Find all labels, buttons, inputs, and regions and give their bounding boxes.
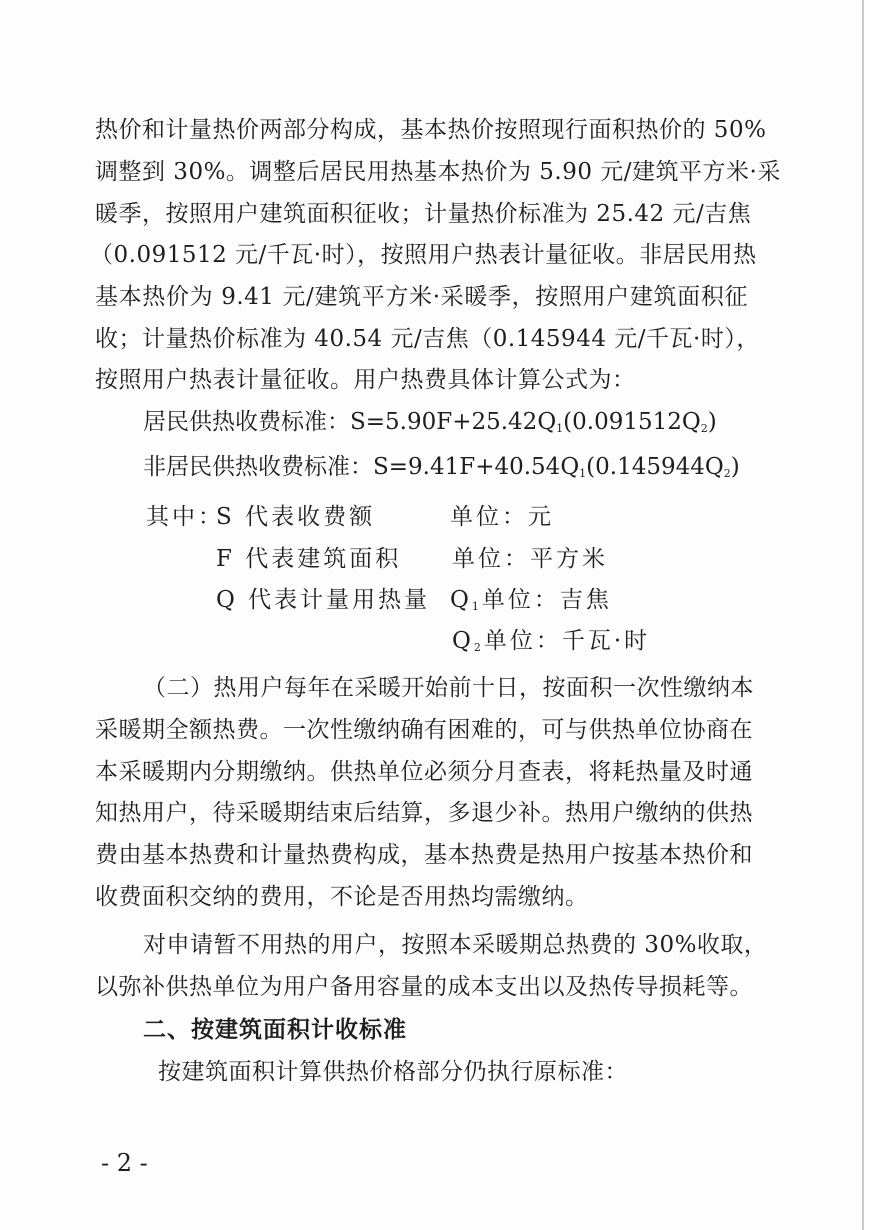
paragraph-line: 对申请暂不用热的用户，按照本采暖期总热费的 30%收取， <box>143 929 748 961</box>
paragraph-line: 收费面积交纳的费用，不论是否用热均需缴纳。 <box>95 881 748 913</box>
formula-expr: S=5.90F+25.42Q <box>350 409 556 435</box>
legend-unit-q1: Q1单位：吉焦 <box>450 584 612 616</box>
q-symbol: Q <box>450 587 472 613</box>
formula-expr: ) <box>731 454 740 480</box>
document-page: 热价和计量热价两部分构成，基本热价按照现行面积热价的 50% 调整到 30%。调… <box>0 0 870 1230</box>
formula-expr: S=9.41F+40.54Q <box>373 454 579 480</box>
paragraph-line: 调整到 30%。调整后居民用热基本热价为 5.90 元/建筑平方米·采 <box>95 156 748 188</box>
legend-unit: 单位：元 <box>450 501 554 533</box>
legend-symbol: F 代表建筑面积 <box>216 543 401 575</box>
subscript: 2 <box>724 467 731 480</box>
formula-expr: (0.091512Q <box>563 409 701 435</box>
paragraph-line: 知热用户，待采暖期结束后结算，多退少补。热用户缴纳的供热 <box>95 797 748 829</box>
legend-symbol: S 代表收费额 <box>216 501 375 533</box>
formula-expr: (0.145944Q <box>586 454 724 480</box>
section-heading: 二、按建筑面积计收标准 <box>143 1014 407 1046</box>
legend-prefix: 其中： <box>146 501 224 533</box>
paragraph-line: 采暖期全额热费。一次性缴纳确有困难的，可与供热单位协商在 <box>95 714 748 746</box>
legend-unit: 单位：吉焦 <box>482 587 612 613</box>
scan-edge-line <box>862 0 864 1230</box>
q-symbol: Q <box>452 628 474 654</box>
subscript: 2 <box>701 422 708 435</box>
formula-non-residential: 非居民供热收费标准：S=9.41F+40.54Q1(0.145944Q2) <box>143 451 740 483</box>
legend-symbol: Q 代表计量用热量 <box>216 584 430 616</box>
legend-unit: 单位：千瓦·时 <box>484 628 650 654</box>
formula-expr: ) <box>708 409 717 435</box>
subscript: 2 <box>474 641 484 654</box>
paragraph-line: （二）热用户每年在采暖开始前十日，按面积一次性缴纳本 <box>143 672 748 704</box>
paragraph-line: 以弥补供热单位为用户备用容量的成本支出以及热传导损耗等。 <box>95 971 753 1003</box>
subscript: 1 <box>472 600 482 613</box>
formula-label: 非居民供热收费标准： <box>143 454 373 480</box>
paragraph-line: 热价和计量热价两部分构成，基本热价按照现行面积热价的 50% <box>95 114 748 146</box>
legend-unit: 单位：平方米 <box>452 543 608 575</box>
paragraph-line: 基本热价为 9.41 元/建筑平方米·采暖季，按照用户建筑面积征 <box>95 281 748 313</box>
paragraph-line: 本采暖期内分期缴纳。供热单位必须分月查表，将耗热量及时通 <box>95 756 748 788</box>
paragraph-line: 收；计量热价标准为 40.54 元/吉焦（0.145944 元/千瓦·时）， <box>95 323 748 355</box>
paragraph-line: 按照用户热表计量征收。用户热费具体计算公式为： <box>95 364 748 396</box>
paragraph-line: 暖季，按照用户建筑面积征收；计量热价标准为 25.42 元/吉焦 <box>95 198 748 230</box>
formula-residential: 居民供热收费标准：S=5.90F+25.42Q1(0.091512Q2) <box>143 406 717 438</box>
paragraph-line: （0.091512 元/千瓦·时），按照用户热表计量征收。非居民用热 <box>90 239 748 271</box>
page-number: - 2 - <box>101 1147 148 1179</box>
paragraph-line: 按建筑面积计算供热价格部分仍执行原标准： <box>158 1056 748 1088</box>
formula-label: 居民供热收费标准： <box>143 409 350 435</box>
paragraph-line: 费由基本热费和计量热费构成，基本热费是热用户按基本热价和 <box>95 839 748 871</box>
legend-unit-q2: Q2单位：千瓦·时 <box>452 625 650 657</box>
